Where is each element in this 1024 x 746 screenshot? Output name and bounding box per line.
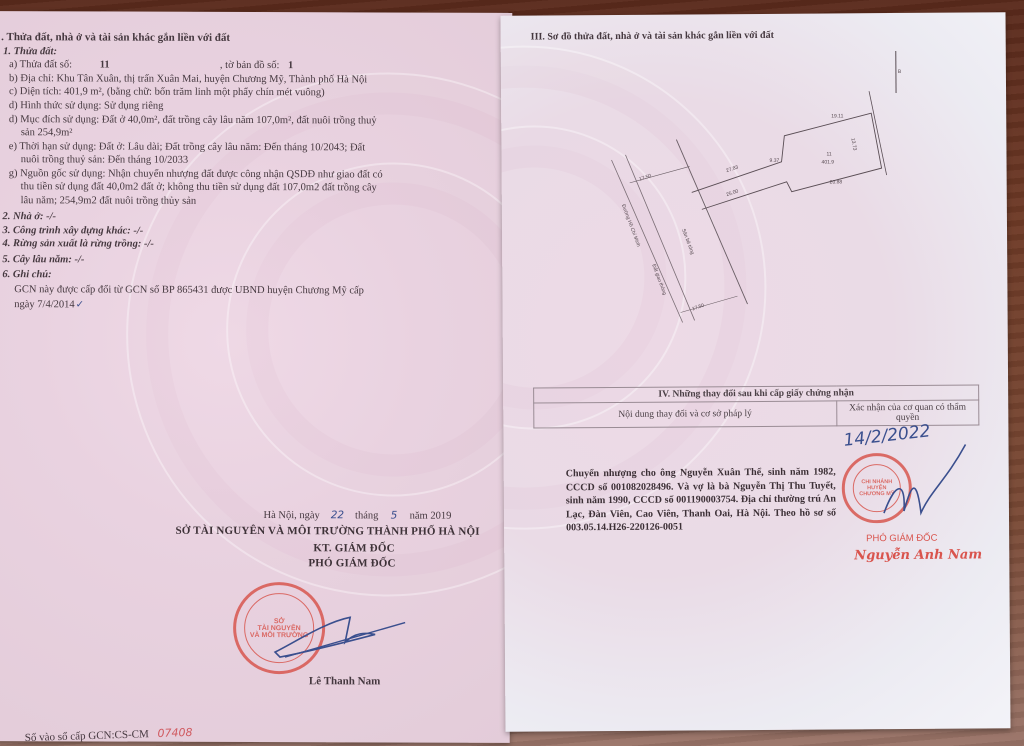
usage-term-cont: nuôi trồng thuỷ sản: Đến tháng 10/2033: [21, 154, 188, 167]
transfer-record-text: Chuyển nhượng cho ông Nguyễn Xuân Thể, s…: [566, 465, 836, 534]
registry-number-row: Số vào sổ cấp GCN:CS-CM 07408: [25, 727, 193, 743]
deputy-director-title: PHÓ GIÁM ĐỐC: [308, 557, 395, 569]
usage-purpose-row: d) Mục đích sử dụng: Đất ở 40,0m², đất t…: [9, 114, 377, 127]
issue-date: Hà Nội, ngày 22 tháng 5 năm 2019: [263, 509, 451, 523]
signature-left: [265, 612, 415, 663]
signature-right: [875, 440, 986, 521]
svg-text:17.50: 17.50: [691, 303, 705, 313]
parcel-area-label: 401.9: [822, 159, 835, 165]
map-sheet-number: 1: [288, 60, 293, 71]
north-arrow-label: B: [898, 69, 902, 75]
svg-text:13.73: 13.73: [849, 138, 857, 152]
svg-text:27.83: 27.83: [725, 164, 739, 174]
svg-text:25.00: 25.00: [726, 188, 740, 198]
registry-label: Số vào sổ cấp GCN:CS-CM: [25, 728, 149, 743]
issue-date-prefix: Hà Nội, ngày: [263, 510, 319, 521]
parcel-number-row: a) Thửa đất số: 11 , tờ bản đồ số: 1: [9, 59, 293, 72]
usage-origin-cont-2: lâu năm; 254,9m2 đất nuôi trồng thủy sản: [21, 195, 197, 208]
item-4-production-forest: 4. Rừng sản xuất là rừng trồng: -/-: [2, 238, 153, 251]
section-title: . Thửa đất, nhà ở và tài sản khác gắn li…: [1, 31, 230, 44]
usage-purpose-cont: sản 254,9m²: [21, 127, 73, 139]
item-3-other-construction: 3. Công trình xây dựng khác: -/-: [2, 225, 143, 237]
map-sheet-label: , tờ bản đồ số:: [220, 60, 280, 71]
svg-text:20.88: 20.88: [830, 179, 843, 185]
note-line-1: GCN này được cấp đổi từ GCN số BP 865431…: [14, 284, 364, 297]
column-header-content: Nội dung thay đổi và cơ sở pháp lý: [534, 401, 837, 428]
usage-form-row: d) Hình thức sử dụng: Sử dụng riêng: [9, 100, 163, 113]
yard-label: Sân bê tông: [680, 228, 695, 256]
kt-director-title: KT. GIÁM ĐỐC: [313, 542, 394, 554]
issue-year: năm 2019: [410, 511, 452, 522]
certificate-right-page: III. Sơ đồ thửa đất, nhà ở và tài sản kh…: [501, 12, 1011, 732]
note-line-2: ngày 7/4/2014 ✓: [14, 299, 84, 311]
item-2-house: 2. Nhà ở: -/-: [3, 211, 57, 223]
parcel-number-label: 11: [826, 151, 831, 157]
parcel-diagram: B 19.11 27.83 25.00 20.88 13.73 9.37 17.…: [501, 12, 1009, 376]
certificate-left-page: . Thửa đất, nhà ở và tài sản khác gắn li…: [0, 11, 512, 743]
issue-day: 22: [322, 509, 352, 521]
registry-number: 07408: [157, 726, 192, 740]
svg-text:19.11: 19.11: [831, 113, 843, 119]
parcel-number: 11: [75, 59, 135, 71]
changes-table: IV. Những thay đổi sau khi cấp giấy chứn…: [533, 384, 979, 428]
left-signer-name: Lê Thanh Nam: [309, 675, 380, 687]
issuing-authority: SỞ TÀI NGUYÊN VÀ MÔI TRƯỜNG THÀNH PHỐ HÀ…: [175, 525, 479, 538]
usage-term-row: e) Thời hạn sử dụng: Đất ở: Lâu dài; Đất…: [9, 141, 365, 154]
item-6-notes-heading: 6. Ghi chú:: [2, 269, 51, 281]
right-deputy-director-title: PHÓ GIÁM ĐỐC: [866, 533, 937, 544]
right-signer-name: Nguyễn Anh Nam: [854, 547, 982, 563]
watermark-inner-ring: [226, 162, 513, 497]
svg-text:17.50: 17.50: [638, 173, 652, 183]
column-header-confirmation: Xác nhận của cơ quan có thẩm quyền: [836, 400, 979, 426]
usage-origin-row: g) Nguồn gốc sử dụng: Nhận chuyển nhượng…: [9, 168, 383, 181]
issue-month: 5: [381, 509, 407, 521]
svg-text:9.37: 9.37: [770, 158, 780, 164]
usage-origin-cont-1: thu tiền sử dụng đất 40,0m2 đất ở; không…: [21, 181, 377, 194]
address-row: b) Địa chỉ: Khu Tân Xuân, thị trấn Xuân …: [9, 73, 367, 86]
road-label: Đường Hồ Chí Minh: [620, 204, 641, 248]
item-5-perennial-trees: 5. Cây lâu năm: -/-: [2, 254, 84, 266]
parcel-number-label: a) Thửa đất số:: [9, 59, 72, 70]
item-1-heading: 1. Thửa đất:: [3, 46, 57, 58]
issue-month-label: tháng: [355, 510, 378, 521]
area-row: c) Diện tích: 401,9 m², (bằng chữ: bốn t…: [9, 86, 325, 99]
